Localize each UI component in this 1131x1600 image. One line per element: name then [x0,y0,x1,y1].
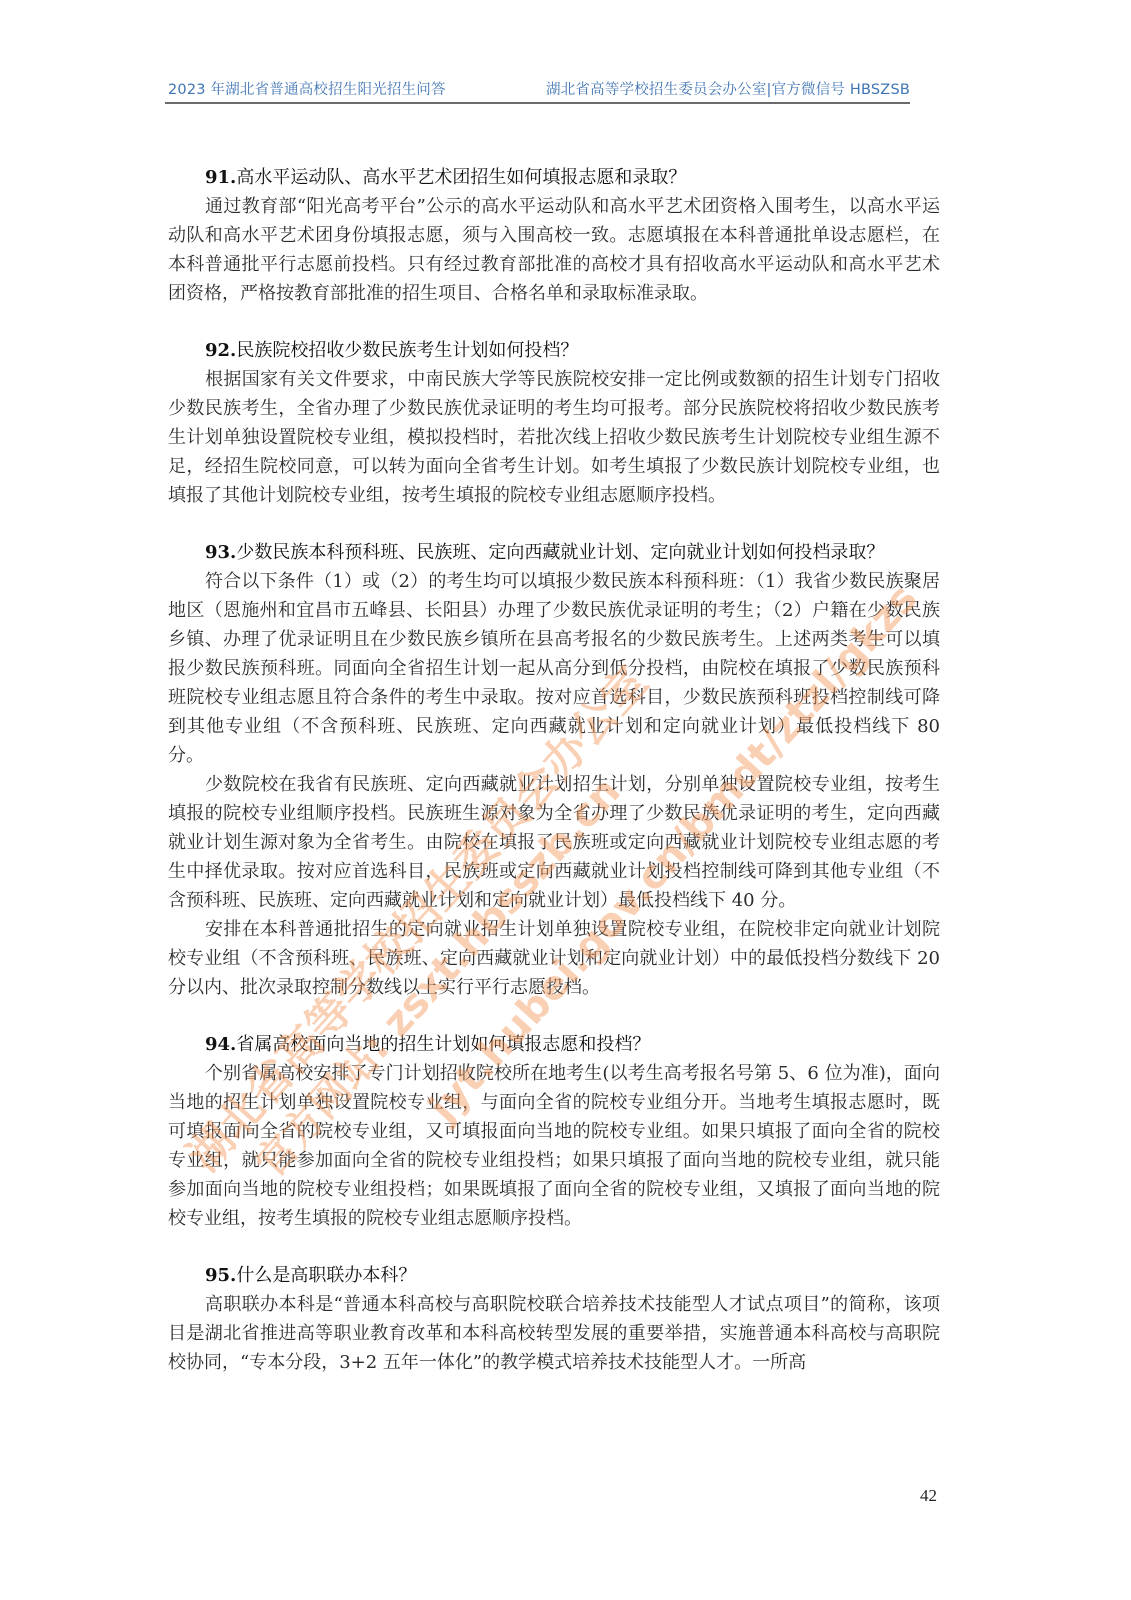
question-number: 94. [205,1034,236,1055]
answer-paragraph: 根据国家有关文件要求，中南民族大学等民族院校安排一定比例或数额的招生计划专门招收… [168,365,940,510]
question-number: 91. [205,167,236,188]
header-title: 2023 年湖北省普通高校招生阳光招生问答 [168,78,446,99]
header-publisher: 湖北省高等学校招生委员会办公室|官方微信号 HBSZSB [546,78,910,99]
question-heading-92: 92.民族院校招收少数民族考生计划如何投档？ [168,336,940,365]
question-text: 省属高校面向当地的招生计划如何填报志愿和投档？ [236,1034,650,1055]
document-page: 2023 年湖北省普通高校招生阳光招生问答 湖北省高等学校招生委员会办公室|官方… [0,0,1131,1600]
question-number: 93. [205,542,236,563]
running-header: 2023 年湖北省普通高校招生阳光招生问答 湖北省高等学校招生委员会办公室|官方… [168,78,910,99]
answer-paragraph: 通过教育部“阳光高考平台”公示的高水平运动队和高水平艺术团资格入围考生，以高水平… [168,192,940,308]
question-heading-93: 93.少数民族本科预科班、民族班、定向西藏就业计划、定向就业计划如何投档录取？ [168,538,940,567]
answer-paragraph: 符合以下条件（1）或（2）的考生均可以填报少数民族本科预科班：（1）我省少数民族… [168,567,940,770]
answer-paragraph: 少数院校在我省有民族班、定向西藏就业计划招生计划，分别单独设置院校专业组，按考生… [168,770,940,915]
answer-paragraph: 安排在本科普通批招生的定向就业招生计划单独设置院校专业组，在院校非定向就业计划院… [168,915,940,1002]
answer-paragraph: 个别省属高校安排了专门计划招收院校所在地考生(以考生高考报名号第 5、6 位为准… [168,1059,940,1233]
question-heading-91: 91.高水平运动队、高水平艺术团招生如何填报志愿和录取？ [168,163,940,192]
question-heading-95: 95.什么是高职联办本科？ [168,1261,940,1290]
document-body: 91.高水平运动队、高水平艺术团招生如何填报志愿和录取？ 通过教育部“阳光高考平… [168,163,940,1377]
question-text: 民族院校招收少数民族考生计划如何投档？ [236,340,578,361]
question-text: 什么是高职联办本科？ [236,1265,416,1286]
question-text: 少数民族本科预科班、民族班、定向西藏就业计划、定向就业计划如何投档录取？ [236,542,884,563]
question-number: 95. [205,1265,236,1286]
question-heading-94: 94.省属高校面向当地的招生计划如何填报志愿和投档？ [168,1030,940,1059]
header-rule [165,102,910,104]
question-text: 高水平运动队、高水平艺术团招生如何填报志愿和录取？ [236,167,686,188]
question-number: 92. [205,340,236,361]
page-number: 42 [920,1486,937,1506]
answer-paragraph: 高职联办本科是“普通本科高校与高职院校联合培养技术技能型人才试点项目”的简称，该… [168,1290,940,1377]
